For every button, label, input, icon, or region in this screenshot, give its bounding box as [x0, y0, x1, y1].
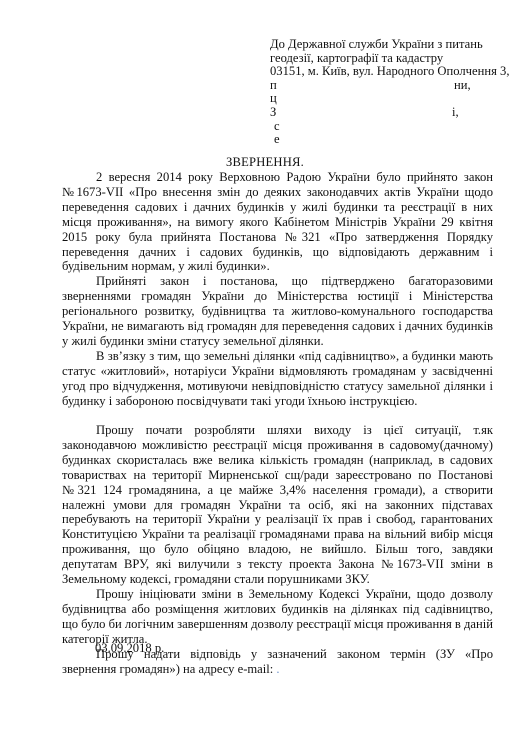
recipient-line-redacted: ц [270, 92, 510, 106]
recipient-line-fragment: З [270, 106, 276, 120]
paragraph: 2 вересня 2014 року Верховною Радою Укра… [62, 170, 493, 274]
recipient-line: геодезії, картографії та кадастру [270, 52, 510, 66]
recipient-line-text: До Державної служби України з питань [270, 38, 483, 52]
recipient-line-fragment: ц [270, 92, 277, 106]
recipient-line-redacted: Зі, [270, 106, 510, 120]
recipient-line-redacted: пни, [270, 79, 510, 93]
recipient-address-block: До Державної служби України з питань гео… [270, 38, 510, 147]
recipient-line-fragment: ни, [454, 79, 471, 93]
recipient-line-redacted: е [270, 133, 510, 147]
recipient-line-text: геодезії, картографії та кадастру [270, 52, 443, 66]
email-link[interactable]: . [276, 662, 279, 676]
recipient-line: 03151, м. Київ, вул. Народного Ополчення… [270, 65, 510, 79]
paragraph: Прийняті закон і постанова, що підтвердж… [62, 274, 493, 349]
recipient-line-fragment: п [270, 79, 277, 93]
document-title: ЗВЕРНЕННЯ. [0, 155, 530, 170]
recipient-line-redacted: с [270, 120, 510, 134]
recipient-line-text: 03151, м. Київ, вул. Народного Ополчення… [270, 65, 509, 79]
recipient-line-fragment: і, [452, 106, 459, 120]
paragraph: Прошу ініціювати зміни в Земельному Коде… [62, 587, 493, 647]
document-body: 2 вересня 2014 року Верховною Радою Укра… [62, 170, 493, 676]
document-date: 03.09.2018 р. [95, 641, 164, 656]
paragraph: Прошу почати розробляти шляхи виходу із … [62, 423, 493, 587]
recipient-line: До Державної служби України з питань [270, 38, 510, 52]
recipient-line-fragment: с [274, 120, 280, 134]
recipient-line-fragment: е [274, 133, 280, 147]
paragraph: В зв’язку з тим, що земельні ділянки «пі… [62, 349, 493, 409]
